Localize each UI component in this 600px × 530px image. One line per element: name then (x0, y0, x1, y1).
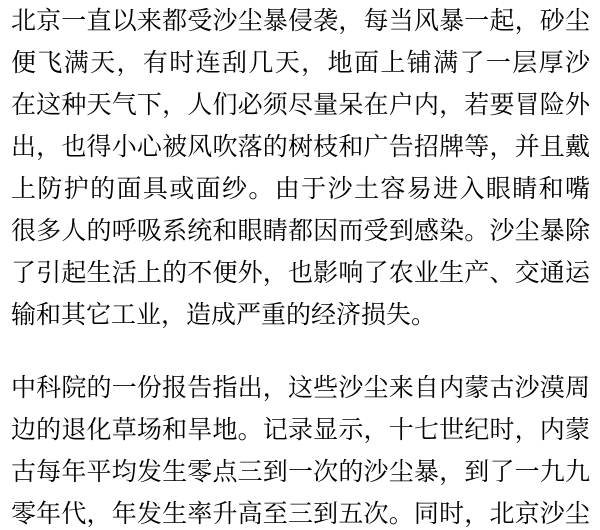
text-line: 中科院的一份报告指出，这些沙尘来自内蒙古沙漠周 (11, 367, 590, 409)
text-line: 在这种天气下，人们必须尽量呆在户内，若要冒险外 (11, 84, 590, 126)
document-body: 北京一直以来都受沙尘暴侵袭，每当风暴一起，砂尘便飞满天，有时连刮几天，地面上铺满… (11, 0, 590, 530)
text-line: 很多人的呼吸系统和眼睛都因而受到感染。沙尘暴除 (11, 210, 590, 252)
text-line: 北京一直以来都受沙尘暴侵袭，每当风暴一起，砂尘 (11, 0, 590, 42)
paragraph: 中科院的一份报告指出，这些沙尘来自内蒙古沙漠周边的退化草场和旱地。记录显示，十七… (11, 367, 590, 530)
text-line: 零年代，年发生率升高至三到五次。同时，北京沙尘 (11, 493, 590, 530)
paragraph: 北京一直以来都受沙尘暴侵袭，每当风暴一起，砂尘便飞满天，有时连刮几天，地面上铺满… (11, 0, 590, 336)
text-line: 上防护的面具或面纱。由于沙土容易进入眼睛和嘴巴， (11, 168, 590, 210)
text-line: 出，也得小心被风吹落的树枝和广告招牌等，并且戴 (11, 126, 590, 168)
text-line: 古每年平均发生零点三到一次的沙尘暴，到了一九九 (11, 451, 590, 493)
document-page: 北京一直以来都受沙尘暴侵袭，每当风暴一起，砂尘便飞满天，有时连刮几天，地面上铺满… (0, 0, 600, 530)
text-line: 输和其它工业，造成严重的经济损失。 (11, 294, 590, 336)
text-line: 便飞满天，有时连刮几天，地面上铺满了一层厚沙土。 (11, 42, 590, 84)
text-line: 边的退化草场和旱地。记录显示，十七世纪时，内蒙 (11, 409, 590, 451)
text-line: 了引起生活上的不便外，也影响了农业生产、交通运 (11, 252, 590, 294)
